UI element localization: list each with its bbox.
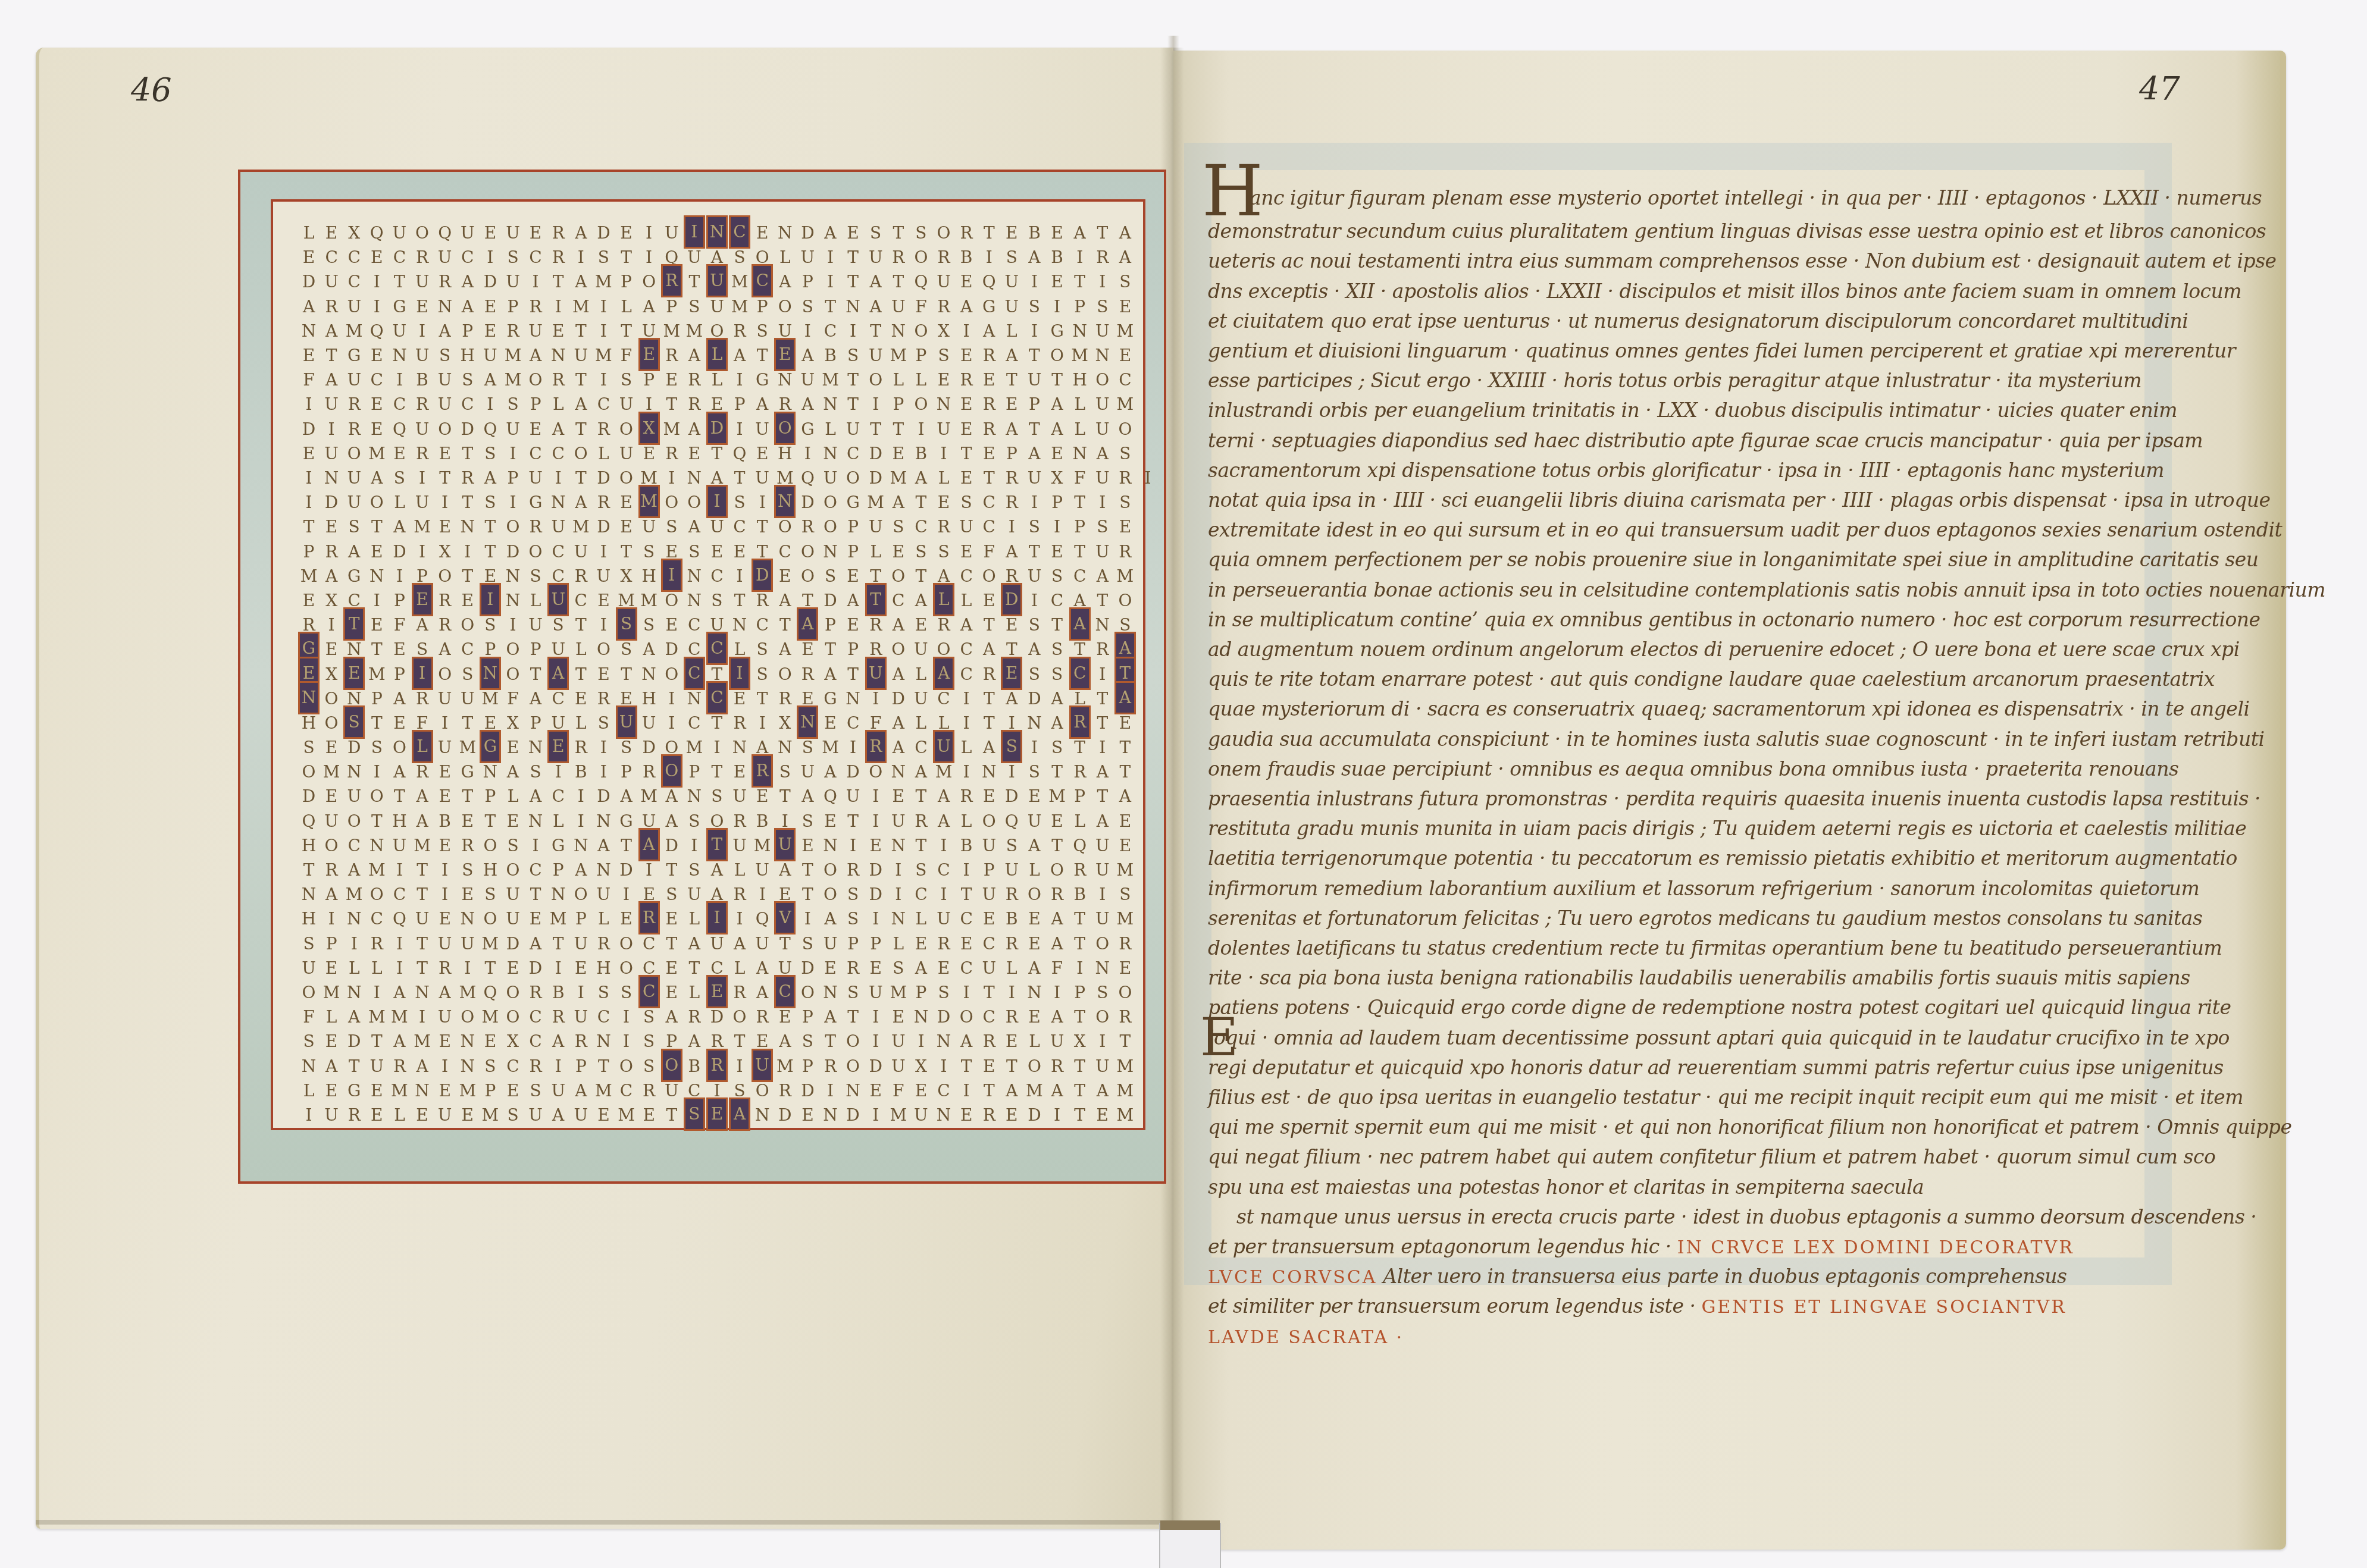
highlighted-letter: U [752, 1049, 773, 1082]
grid-letter: T [842, 1005, 865, 1029]
grid-letter: C [343, 270, 365, 294]
text-line-content: et similiter per transuersum eorum legen… [1208, 1294, 1701, 1318]
grid-letter: U [1091, 418, 1114, 441]
grid-letter: E [1023, 932, 1045, 956]
grid-letter: A [411, 810, 434, 833]
grid-letter: N [683, 565, 706, 588]
grid-letter: O [774, 295, 796, 319]
grid-letter: T [365, 515, 388, 539]
grid-letter: E [1000, 221, 1023, 245]
grid-letter: P [524, 393, 547, 416]
grid-letter: M [683, 736, 706, 760]
grid-letter: D [932, 1005, 955, 1029]
grid-letter: O [978, 810, 1000, 833]
grid-letter: T [751, 344, 774, 368]
grid-letter: T [706, 760, 728, 784]
grid-letter: F [887, 1079, 910, 1103]
grid-letter: C [774, 540, 796, 564]
grid-letter: R [1046, 1055, 1069, 1078]
grid-letter: T [1046, 760, 1069, 784]
grid-letter: L [615, 295, 638, 319]
grid-letter: E [365, 613, 388, 637]
grid-letter: E [774, 565, 796, 588]
grid-letter: E [615, 515, 638, 539]
grid-letter: I [320, 613, 343, 637]
grid-letter: U [434, 246, 456, 269]
grid-letter: S [1114, 270, 1136, 294]
grid-letter: L [887, 932, 910, 956]
grid-letter: C [592, 393, 615, 416]
text-line: LAVDE SACRATA · [1208, 1325, 1404, 1348]
grid-letter: O [1023, 883, 1045, 907]
grid-letter: C [547, 540, 569, 564]
highlighted-letter: V [774, 901, 796, 934]
grid-letter: A [1046, 687, 1069, 711]
grid-letter: C [388, 393, 411, 416]
grid-letter: E [434, 1030, 456, 1053]
grid-letter: E [910, 932, 932, 956]
grid-letter: O [1046, 344, 1069, 368]
grid-letter: E [434, 1079, 456, 1103]
grid-letter: E [320, 638, 343, 661]
grid-letter: H [456, 344, 479, 368]
grid-letter: T [592, 1055, 615, 1078]
grid-letter: E [638, 442, 660, 466]
grid-letter: I [434, 1055, 456, 1078]
grid-letter: I [524, 834, 547, 858]
grid-letter: E [434, 907, 456, 931]
grid-letter: I [728, 907, 751, 931]
grid-letter: U [1091, 858, 1114, 882]
grid-letter: M [388, 1079, 411, 1103]
grid-letter: R [932, 932, 955, 956]
grid-letter: O [819, 491, 841, 515]
grid-letter: M [320, 981, 343, 1005]
grid-letter: E [1114, 957, 1136, 980]
grid-letter: E [547, 319, 569, 343]
grid-letter: N [365, 565, 388, 588]
grid-letter: U [388, 221, 411, 245]
grid-row: SPIRITUUMDATUROCTAUAUTSUPPLERECREATOR [298, 932, 1136, 956]
grid-letter: T [728, 589, 751, 613]
grid-letter: P [298, 540, 320, 564]
grid-letter: M [592, 344, 615, 368]
grid-letter: R [1091, 246, 1114, 269]
grid-letter: G [343, 1079, 365, 1103]
grid-letter: I [1023, 491, 1045, 515]
grid-letter: E [728, 687, 751, 711]
grid-letter: S [1046, 663, 1069, 686]
grid-letter: O [1091, 932, 1114, 956]
grid-letter: T [910, 565, 932, 588]
grid-letter: I [819, 270, 841, 294]
text-line-content: patiens potens · Quicquid ergo corde dig… [1208, 996, 2231, 1019]
grid-letter: S [502, 393, 524, 416]
grid-letter: E [660, 981, 683, 1005]
grid-row: LEXQUOQUEUERADEIUINCENDAESTSORTEBEATA [298, 221, 1136, 245]
grid-letter: E [320, 736, 343, 760]
grid-letter: E [728, 540, 751, 564]
grid-letter: U [569, 344, 592, 368]
grid-letter: I [1023, 736, 1045, 760]
grid-letter: U [751, 466, 774, 490]
grid-letter: M [479, 687, 502, 711]
text-line: qui negat filium · nec patrem habet qui … [1208, 1145, 2215, 1168]
grid-letter: S [502, 1103, 524, 1127]
grid-letter: A [638, 295, 660, 319]
grid-letter: L [865, 540, 887, 564]
grid-letter: N [592, 810, 615, 833]
highlighted-letter: R [1069, 705, 1091, 739]
grid-letter: O [456, 613, 479, 637]
grid-letter: L [1069, 418, 1091, 441]
grid-letter: E [479, 221, 502, 245]
grid-letter: D [796, 491, 819, 515]
grid-letter: S [955, 491, 978, 515]
grid-letter: T [660, 1103, 683, 1127]
grid-letter: U [887, 295, 910, 319]
grid-letter: A [547, 418, 569, 441]
grid-letter: F [1069, 466, 1091, 490]
grid-letter: A [388, 981, 411, 1005]
grid-letter: O [456, 1005, 479, 1029]
highlighted-letter: A [547, 657, 569, 690]
grid-letter: L [298, 1079, 320, 1103]
grid-letter: B [683, 1055, 706, 1078]
grid-letter: R [728, 319, 751, 343]
grid-letter: D [1023, 1103, 1045, 1127]
grid-letter: O [615, 418, 638, 441]
grid-letter: Q [819, 785, 841, 808]
grid-letter: L [388, 491, 411, 515]
rubric-text: LAVDE SACRATA · [1208, 1327, 1404, 1348]
grid-row: DIREQUODQUEATROXMADIUOGLUTTIUERATALUO [298, 418, 1136, 441]
grid-letter: G [796, 418, 819, 441]
grid-letter: E [1091, 1103, 1114, 1127]
grid-letter: O [524, 368, 547, 392]
grid-letter: M [456, 736, 479, 760]
grid-letter: D [592, 785, 615, 808]
grid-letter: A [569, 1079, 592, 1103]
grid-letter: E [298, 344, 320, 368]
grid-letter: S [638, 1055, 660, 1078]
grid-letter: R [978, 663, 1000, 686]
grid-letter: E [819, 711, 841, 735]
grid-letter: R [320, 295, 343, 319]
grid-letter: M [592, 1079, 615, 1103]
grid-letter: B [819, 344, 841, 368]
grid-letter: C [524, 1005, 547, 1029]
grid-letter: I [1091, 883, 1114, 907]
grid-letter: T [1046, 834, 1069, 858]
grid-letter: O [320, 687, 343, 711]
grid-letter: N [932, 1103, 955, 1127]
highlighted-letter: E [547, 730, 569, 763]
grid-letter: I [502, 613, 524, 637]
grid-letter: S [479, 1055, 502, 1078]
grid-letter: R [365, 932, 388, 956]
grid-letter: O [865, 760, 887, 784]
grid-letter: L [320, 1005, 343, 1029]
grid-letter: I [842, 834, 865, 858]
grid-letter: P [524, 638, 547, 661]
highlighted-letter: U [547, 583, 569, 616]
grid-letter: A [411, 1055, 434, 1078]
grid-letter: T [774, 613, 796, 637]
grid-letter: L [547, 393, 569, 416]
grid-letter: A [1069, 221, 1091, 245]
grid-letter: U [1000, 295, 1023, 319]
highlighted-letter: S [616, 607, 637, 641]
grid-letter: S [592, 246, 615, 269]
grid-letter: S [479, 883, 502, 907]
text-line-content: dns exceptis · XII · apostolis alios · L… [1208, 280, 2241, 303]
text-line: inlustrandi orbis per euangelium trinita… [1208, 399, 2177, 422]
grid-letter: U [524, 613, 547, 637]
grid-letter: E [660, 957, 683, 980]
grid-letter: R [434, 957, 456, 980]
text-line: notat quia ipsa in · IIII · sci euangeli… [1208, 488, 2271, 512]
grid-letter: E [320, 1030, 343, 1053]
grid-letter: Q [479, 981, 502, 1005]
text-line-content: esse participes ; Sicut ergo · XXIIII · … [1208, 369, 2141, 392]
grid-letter: O [502, 981, 524, 1005]
highlighted-letter: I [684, 215, 705, 249]
text-line-content: et ciuitatem quo erat ipse uenturus · ut… [1208, 309, 2188, 333]
grid-letter: A [343, 1005, 365, 1029]
grid-letter: I [819, 1079, 841, 1103]
grid-letter: L [1023, 1030, 1045, 1053]
grid-letter: S [683, 540, 706, 564]
grid-letter: I [842, 736, 865, 760]
grid-letter: S [706, 589, 728, 613]
grid-letter: M [1114, 1055, 1136, 1078]
grid-letter: M [1114, 393, 1136, 416]
grid-letter: E [1000, 1103, 1023, 1127]
grid-letter: M [638, 589, 660, 613]
grid-letter: H [774, 442, 796, 466]
grid-letter: M [865, 491, 887, 515]
grid-letter: S [751, 663, 774, 686]
grid-letter: U [434, 932, 456, 956]
grid-letter: I [592, 613, 615, 637]
grid-letter: M [365, 1005, 388, 1029]
grid-letter: P [638, 368, 660, 392]
grid-letter: O [615, 1055, 638, 1078]
grid-letter: D [660, 638, 683, 661]
grid-letter: U [932, 418, 955, 441]
grid-letter: A [388, 1030, 411, 1053]
grid-letter: H [638, 687, 660, 711]
grid-letter: C [320, 246, 343, 269]
text-line: praesentia inlustrans futura promonstras… [1208, 787, 2260, 810]
grid-letter: T [728, 1030, 751, 1053]
grid-letter: C [615, 1079, 638, 1103]
grid-letter: T [1091, 687, 1114, 711]
grid-letter: T [1069, 907, 1091, 931]
grid-letter: U [615, 442, 638, 466]
grid-letter: L [910, 663, 932, 686]
grid-letter: R [1091, 638, 1114, 661]
grid-letter: I [865, 810, 887, 833]
text-line: quae mysteriorum di · sacra es conseruat… [1208, 697, 2250, 720]
grid-letter: L [343, 957, 365, 980]
grid-letter: E [365, 393, 388, 416]
grid-letter: E [365, 344, 388, 368]
grid-letter: E [320, 1079, 343, 1103]
highlighted-letter: E [1001, 657, 1022, 690]
grid-letter: A [910, 957, 932, 980]
grid-letter: A [456, 270, 479, 294]
grid-letter: U [1091, 834, 1114, 858]
grid-letter: D [343, 1030, 365, 1053]
grid-letter: L [592, 442, 615, 466]
grid-letter: E [524, 221, 547, 245]
grid-letter: U [569, 1005, 592, 1029]
grid-letter: S [683, 810, 706, 833]
grid-letter: T [842, 368, 865, 392]
grid-letter: T [910, 491, 932, 515]
grid-letter: A [1046, 711, 1069, 735]
text-line-content: terni · septuagies diapondius sed haec d… [1208, 429, 2203, 452]
grid-letter: F [502, 687, 524, 711]
grid-letter: B [1023, 221, 1045, 245]
grid-letter: P [751, 295, 774, 319]
grid-row: IDUOLUITSIGNAREMOOISINDOGMATESCRIPTIS [298, 491, 1136, 515]
grid-letter: N [365, 834, 388, 858]
grid-letter: E [887, 442, 910, 466]
grid-letter: S [524, 760, 547, 784]
grid-letter: I [569, 810, 592, 833]
grid-letter: E [411, 1103, 434, 1127]
grid-letter: A [434, 981, 456, 1005]
grid-letter: O [796, 540, 819, 564]
grid-letter: T [887, 221, 910, 245]
highlighted-letter: I [706, 901, 728, 934]
grid-letter: C [932, 687, 955, 711]
highlighted-letter: O [661, 754, 682, 788]
grid-letter: O [388, 736, 411, 760]
grid-letter: A [434, 638, 456, 661]
grid-letter: C [955, 957, 978, 980]
grid-letter: E [955, 393, 978, 416]
grid-letter: U [1023, 466, 1045, 490]
grid-letter: O [910, 393, 932, 416]
grid-letter: O [751, 1079, 774, 1103]
grid-letter: A [320, 319, 343, 343]
grid-letter: I [298, 466, 320, 490]
grid-letter: R [819, 1055, 841, 1078]
grid-letter: S [728, 491, 751, 515]
grid-letter: G [524, 491, 547, 515]
grid-letter: U [683, 883, 706, 907]
grid-letter: L [683, 981, 706, 1005]
grid-letter: O [819, 883, 841, 907]
grid-letter: I [1046, 295, 1069, 319]
grid-letter: S [660, 515, 683, 539]
grid-letter: R [1046, 883, 1069, 907]
grid-letter: N [411, 1079, 434, 1103]
grid-letter: D [865, 858, 887, 882]
grid-letter: N [1069, 319, 1091, 343]
grid-letter: U [388, 834, 411, 858]
folio-number-left: 46 [131, 71, 172, 109]
grid-letter: O [865, 368, 887, 392]
grid-letter: O [1114, 589, 1136, 613]
text-line-content: gaudia sua accumulata conspiciunt · in t… [1208, 727, 2265, 751]
grid-letter: E [955, 1103, 978, 1127]
grid-letter: U [569, 540, 592, 564]
grid-letter: C [932, 1079, 955, 1103]
grid-row: FAUCIBUSAMORTISPERLIGNUMTOLLERETUTHOC [298, 368, 1136, 392]
grid-letter: U [456, 221, 479, 245]
grid-letter: A [1046, 907, 1069, 931]
grid-letter: G [842, 491, 865, 515]
grid-letter: I [728, 418, 751, 441]
grid-letter: T [910, 785, 932, 808]
grid-letter: H [388, 810, 411, 833]
grid-letter: C [569, 589, 592, 613]
grid-letter: I [388, 932, 411, 956]
grid-letter: D [456, 418, 479, 441]
grid-letter: Q [1000, 810, 1023, 833]
highlighted-letter: T [343, 607, 365, 641]
grid-letter: C [638, 932, 660, 956]
grid-letter: L [932, 466, 955, 490]
grid-letter: E [1000, 613, 1023, 637]
grid-letter: O [774, 663, 796, 686]
grid-letter: C [524, 1030, 547, 1053]
grid-letter: T [569, 613, 592, 637]
grid-letter: O [365, 883, 388, 907]
grid-letter: E [978, 785, 1000, 808]
grid-letter: A [320, 565, 343, 588]
grid-letter: T [978, 687, 1000, 711]
grid-letter: U [638, 515, 660, 539]
grid-letter: A [547, 1030, 569, 1053]
grid-letter: N [819, 981, 841, 1005]
grid-letter: E [842, 613, 865, 637]
grid-letter: G [1046, 319, 1069, 343]
grid-letter: I [1091, 1030, 1114, 1053]
text-line: serenitas et fortunatorum felicitas ; Tu… [1208, 907, 2202, 930]
highlighted-letter: C [706, 632, 728, 665]
grid-letter: I [615, 883, 638, 907]
grid-letter: T [819, 1030, 841, 1053]
grid-letter: I [456, 957, 479, 980]
grid-letter: E [774, 1005, 796, 1029]
grid-letter: A [1114, 246, 1136, 269]
grid-letter: S [298, 736, 320, 760]
highlighted-letter: I [661, 559, 682, 592]
grid-letter: A [1023, 246, 1045, 269]
grid-letter: O [365, 491, 388, 515]
text-line-content: ueteris ac noui testamenti intra eius su… [1208, 249, 2277, 272]
grid-letter: A [1023, 442, 1045, 466]
grid-row: EUOMERETSICCOLUERETQEHINCDEBITEPAENAS [298, 442, 1136, 466]
grid-letter: A [388, 687, 411, 711]
grid-letter: I [388, 368, 411, 392]
grid-letter: E [434, 515, 456, 539]
grid-letter: R [728, 981, 751, 1005]
grid-letter: E [796, 1103, 819, 1127]
highlighted-letter: E [706, 1097, 728, 1131]
grid-letter: E [1023, 785, 1045, 808]
grid-letter: R [865, 613, 887, 637]
grid-letter: T [910, 834, 932, 858]
grid-letter: N [411, 981, 434, 1005]
grid-letter: S [774, 760, 796, 784]
